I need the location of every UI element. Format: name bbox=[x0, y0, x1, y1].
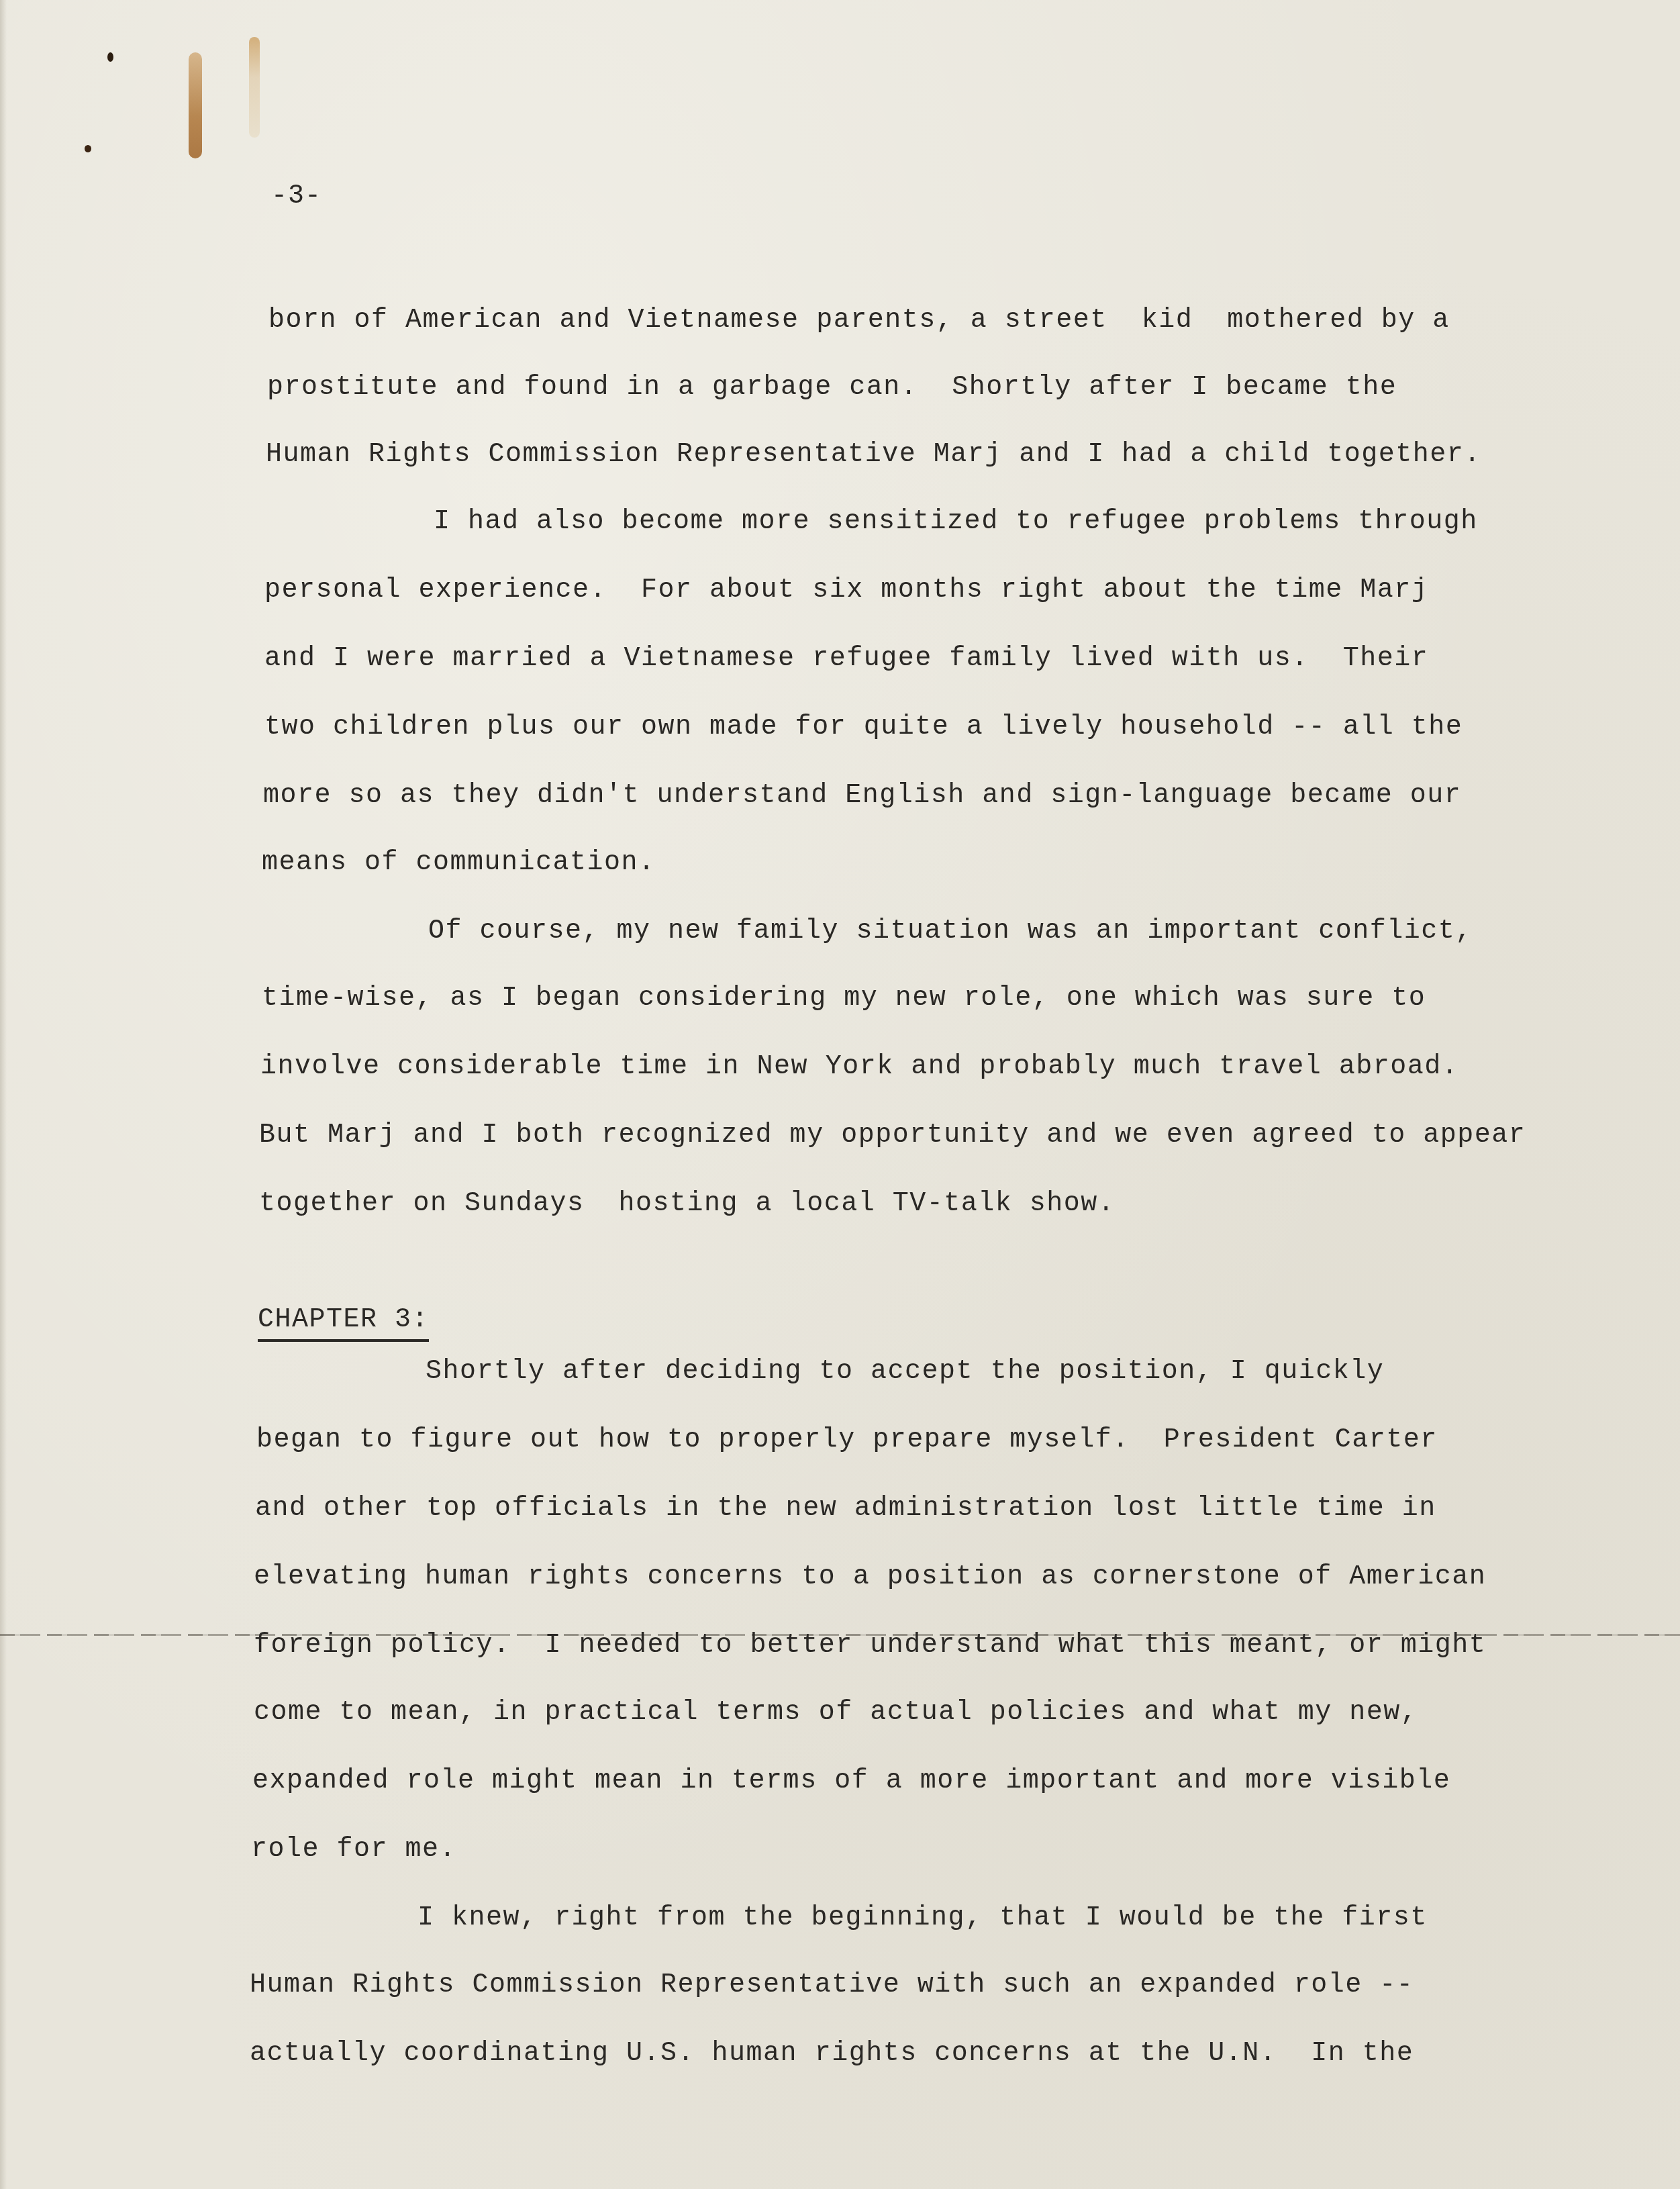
text-line: and I were married a Vietnamese refugee … bbox=[264, 643, 1428, 675]
text-line: prostitute and found in a garbage can. S… bbox=[267, 372, 1397, 404]
text-line: more so as they didn't understand Englis… bbox=[263, 780, 1461, 812]
text-line: means of communication. bbox=[262, 847, 656, 879]
text-line: expanded role might mean in terms of a m… bbox=[252, 1765, 1450, 1798]
text-line: But Marj and I both recognized my opport… bbox=[259, 1120, 1526, 1152]
paragraph-start-line: Of course, my new family situation was a… bbox=[428, 916, 1473, 948]
page-edge-shadow bbox=[0, 0, 7, 2189]
text-line: and other top officials in the new admin… bbox=[255, 1493, 1436, 1525]
ink-spot bbox=[107, 52, 113, 62]
coffee-stain bbox=[189, 52, 202, 158]
text-line: together on Sundays hosting a local TV-t… bbox=[259, 1188, 1115, 1220]
text-line: born of American and Vietnamese parents,… bbox=[268, 305, 1450, 337]
coffee-stain bbox=[249, 37, 260, 138]
text-line: Human Rights Commission Representative M… bbox=[266, 439, 1481, 471]
text-line: foreign policy. I needed to better under… bbox=[254, 1630, 1486, 1662]
paragraph-start-line: I had also become more sensitized to ref… bbox=[434, 506, 1478, 538]
text-line: elevating human rights concerns to a pos… bbox=[254, 1561, 1486, 1594]
text-line: began to figure out how to properly prep… bbox=[256, 1424, 1438, 1457]
text-line: role for me. bbox=[251, 1834, 456, 1866]
text-line: actually coordinating U.S. human rights … bbox=[250, 2038, 1414, 2070]
page-number: -3- bbox=[271, 181, 322, 211]
paragraph-start-line: I knew, right from the beginning, that I… bbox=[417, 1902, 1428, 1935]
text-line: involve considerable time in New York an… bbox=[260, 1051, 1459, 1083]
ink-spot bbox=[85, 145, 91, 152]
chapter-heading: CHAPTER 3: bbox=[258, 1304, 429, 1342]
text-line: time-wise, as I began considering my new… bbox=[262, 983, 1426, 1015]
text-line: personal experience. For about six month… bbox=[264, 575, 1428, 607]
text-line: Human Rights Commission Representative w… bbox=[250, 1969, 1414, 2002]
text-line: two children plus our own made for quite… bbox=[264, 712, 1463, 744]
paragraph-start-line: Shortly after deciding to accept the pos… bbox=[426, 1356, 1384, 1388]
text-line: come to mean, in practical terms of actu… bbox=[254, 1697, 1418, 1729]
